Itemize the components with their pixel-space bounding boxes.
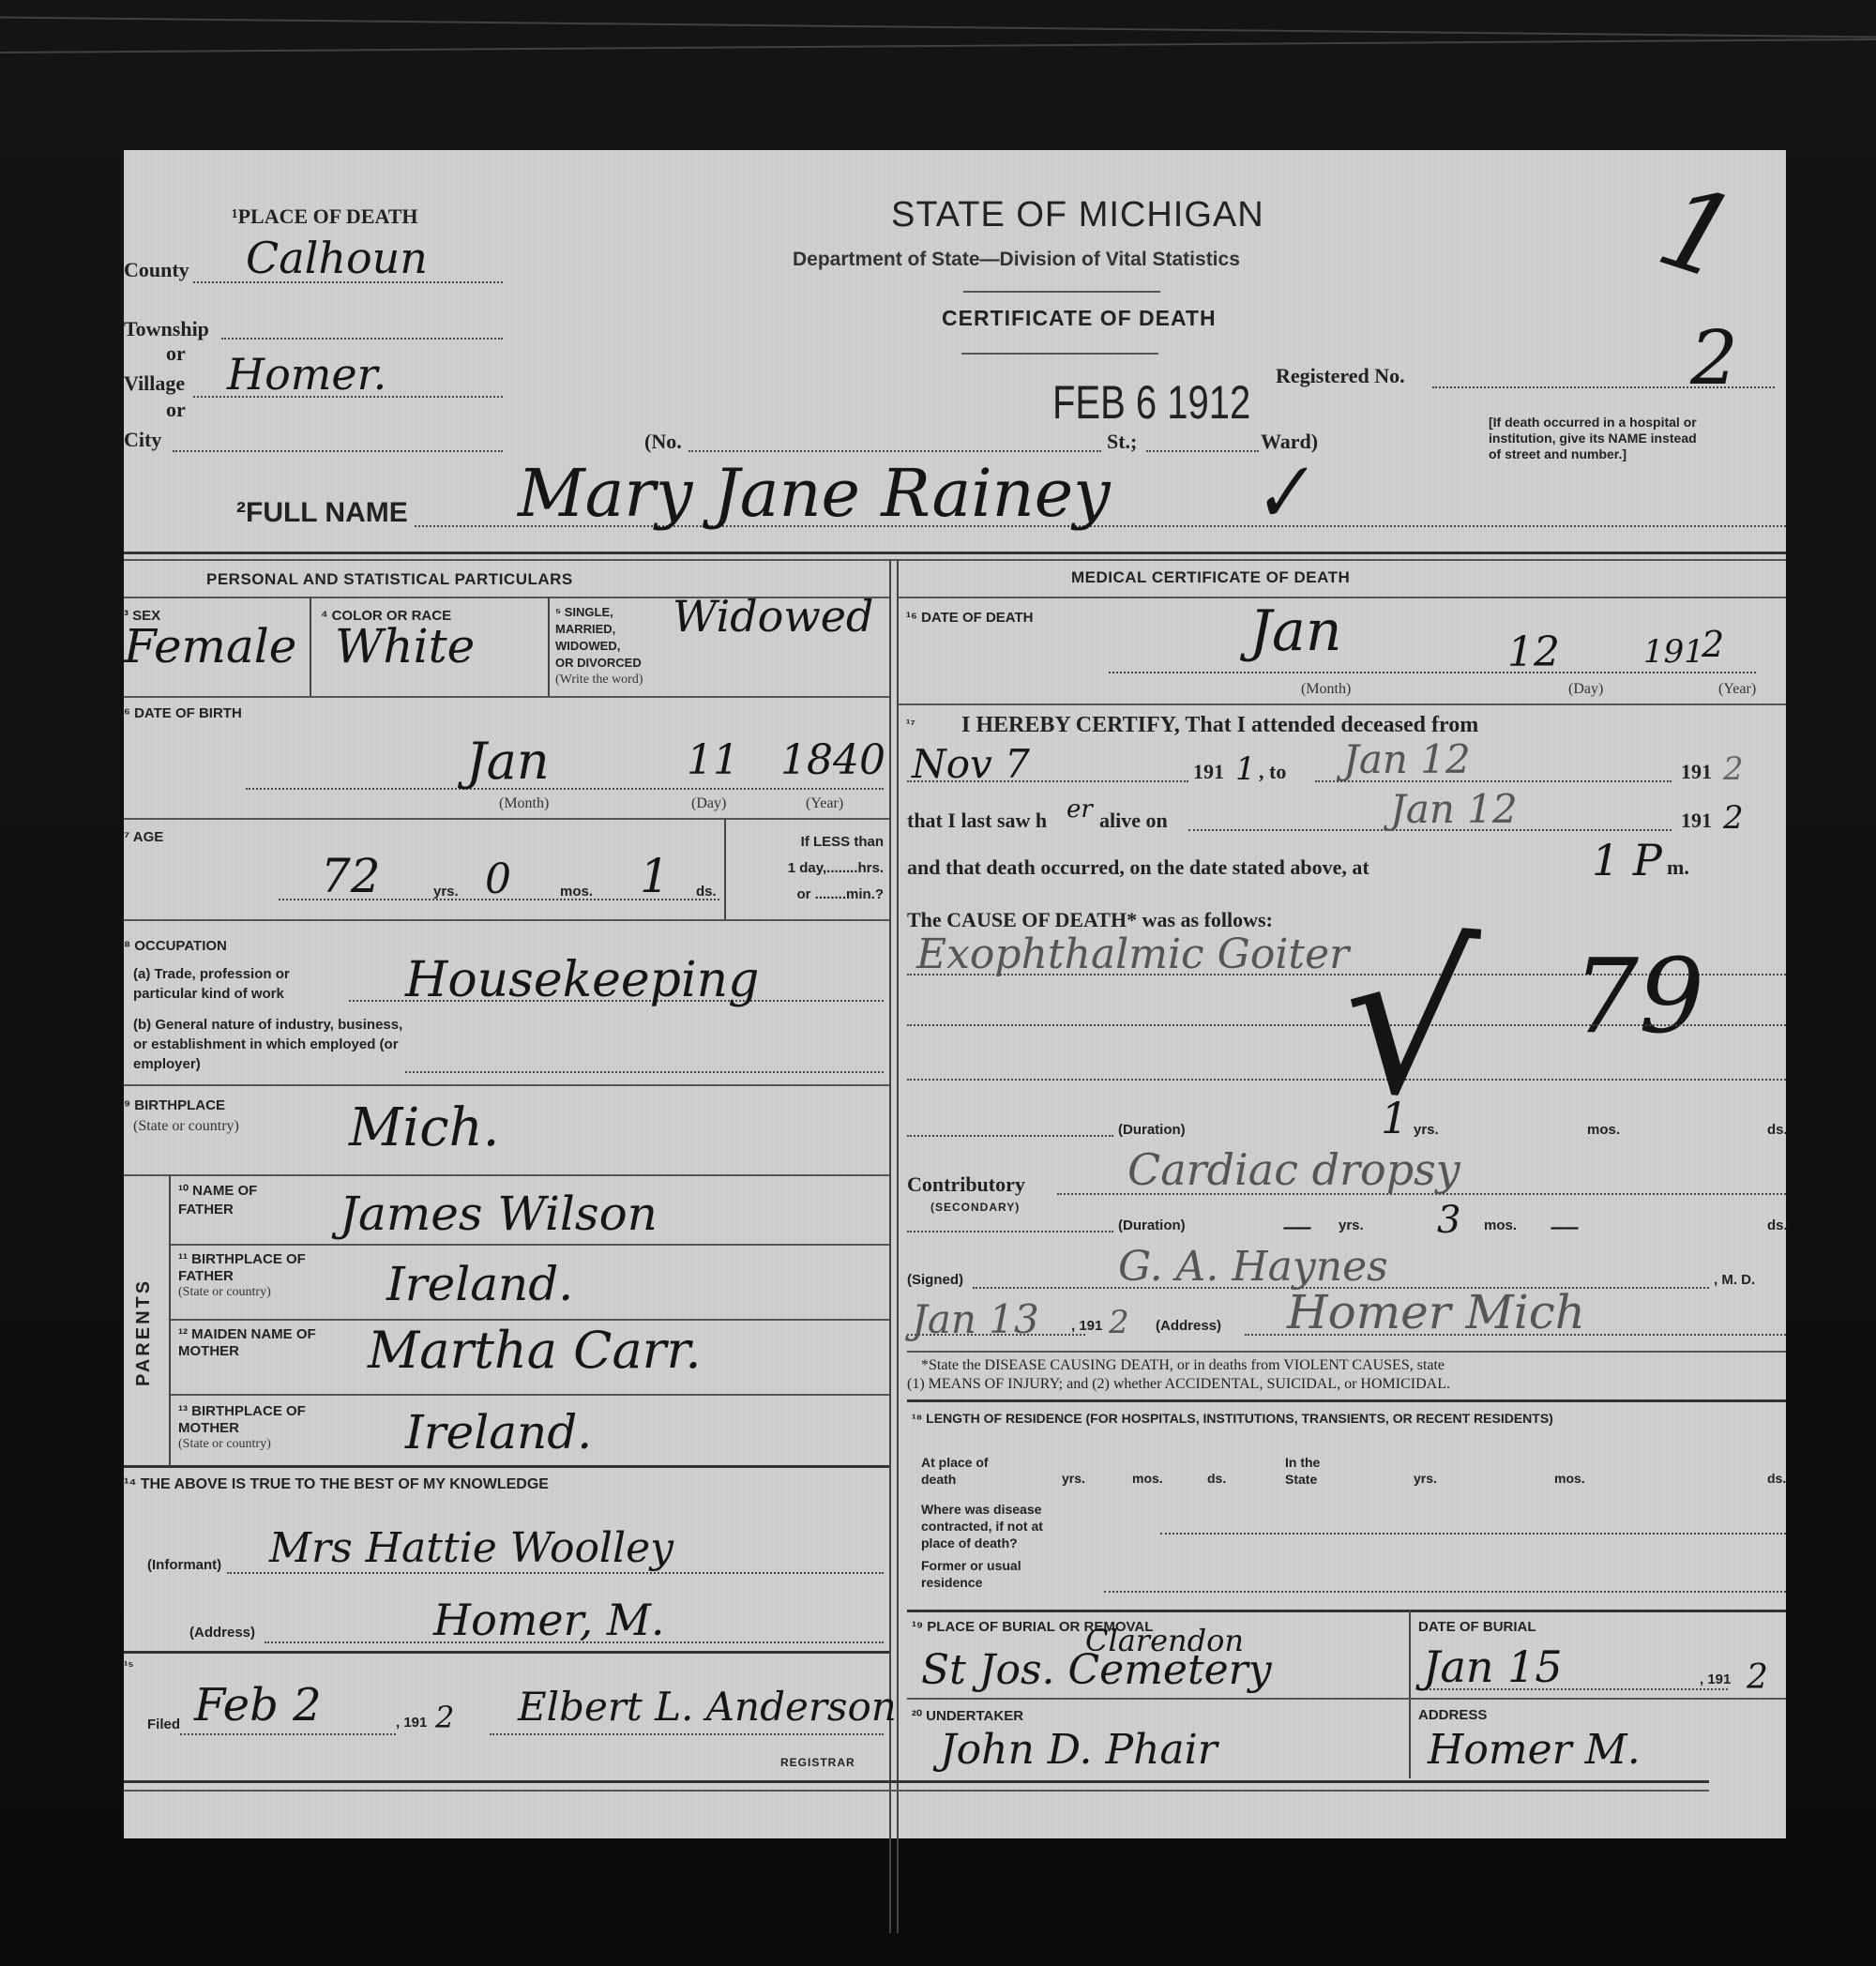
registrar-label: REGISTRAR — [780, 1756, 855, 1769]
contrib-duration-days: — — [1550, 1208, 1580, 1244]
ds-label: ds. — [1207, 1471, 1226, 1486]
medical-section-title: MEDICAL CERTIFICATE OF DEATH — [1071, 568, 1350, 587]
registered-no-value: 2 — [1690, 314, 1738, 401]
street-no-label: (No. — [644, 430, 682, 454]
check-mark-icon: ✓ — [1242, 446, 1319, 542]
row-rule — [907, 1610, 1786, 1612]
received-stamp: FEB 6 1912 — [1052, 375, 1250, 430]
year-prefix: 191 — [1193, 760, 1224, 784]
father-birthplace-sublabel: (State or country) — [178, 1285, 271, 1300]
where-contracted-label: Where was disease contracted, if not at … — [921, 1501, 1052, 1551]
row-rule — [907, 1698, 1786, 1700]
yrs-label: yrs. — [1062, 1471, 1085, 1486]
burial-place-value: St Jos. Cemetery — [921, 1646, 1272, 1694]
undertaker-label: ²⁰ UNDERTAKER — [912, 1707, 1023, 1724]
death-occurred-label: and that death occurred, on the date sta… — [907, 855, 1369, 880]
street-line — [688, 450, 1101, 452]
or-text: or — [166, 341, 186, 366]
age-months: 0 — [485, 855, 511, 903]
parents-label: PARENTS — [133, 1278, 155, 1386]
row-rule — [124, 696, 889, 698]
marital-line: WIDOWED, — [555, 638, 643, 655]
month-caption: (Month) — [499, 795, 549, 812]
day-caption: (Day) — [691, 795, 726, 812]
alive-on-label: alive on — [1099, 809, 1168, 833]
contributory-label: Contributory — [907, 1172, 1025, 1197]
row-rule — [171, 1244, 889, 1246]
birthplace-label: ⁹ BIRTHPLACE — [124, 1097, 225, 1113]
marital-line: ⁵ SINGLE, — [555, 604, 643, 621]
section-rule — [124, 552, 1786, 554]
registrar-signature: Elbert L. Anderson — [518, 1684, 897, 1730]
state-title: STATE OF MICHIGAN — [891, 195, 1264, 235]
in-state-label: In the State — [1285, 1454, 1351, 1488]
birthplace-sublabel: (State or country) — [133, 1118, 239, 1135]
former-residence-label: Former or usual residence — [921, 1557, 1052, 1591]
place-of-death-label: ¹PLACE OF DEATH — [232, 204, 418, 229]
row-rule — [124, 1174, 889, 1176]
marital-line: OR DIVORCED — [555, 655, 643, 672]
yrs-label: yrs. — [1339, 1217, 1364, 1233]
cell-divider — [310, 597, 311, 696]
marital-line: (Write the word) — [555, 672, 643, 688]
year-caption: (Year) — [1718, 681, 1756, 698]
physician-signature: G. A. Haynes — [1118, 1243, 1388, 1291]
year-prefix: , 191 — [1071, 1318, 1102, 1334]
row-rule — [124, 1651, 889, 1654]
undertaker-value: John D. Phair — [940, 1726, 1218, 1774]
death-time: 1 P — [1592, 835, 1662, 885]
mos-label: mos. — [560, 884, 593, 900]
dob-line — [246, 788, 884, 790]
filed-line — [180, 1733, 396, 1735]
occupation-a-label: (a) Trade, profession or particular kind… — [133, 964, 340, 1004]
occupation-a-value: Housekeeping — [405, 952, 759, 1008]
signed-label: (Signed) — [907, 1272, 963, 1288]
contributory-value: Cardiac dropsy — [1127, 1144, 1460, 1195]
marital-status-label: ⁵ SINGLE, MARRIED, WIDOWED, OR DIVORCED … — [555, 604, 643, 688]
burial-date-label: DATE OF BURIAL — [1418, 1619, 1536, 1635]
physician-address-value: Homer Mich — [1287, 1285, 1585, 1339]
row-rule — [124, 1084, 889, 1086]
full-name-value: Mary Jane Rainey — [518, 455, 1111, 532]
department-subtitle: Department of State—Division of Vital St… — [793, 249, 1240, 271]
row-rule — [899, 703, 1786, 705]
full-name-label: ²FULL NAME — [236, 497, 408, 529]
year-caption: (Year) — [806, 795, 843, 812]
village-label: Village — [124, 371, 185, 396]
month-caption: (Month) — [1301, 681, 1351, 698]
occupation-b-label: (b) General nature of industry, business… — [133, 1015, 405, 1074]
ward-line — [1146, 450, 1259, 452]
dod-year: 2 — [1702, 624, 1724, 665]
where-contracted-line — [1160, 1533, 1786, 1535]
filed-label: Filed — [147, 1716, 180, 1732]
mother-name-label: ¹² MAIDEN NAME OF MOTHER — [178, 1326, 319, 1360]
title-rule — [963, 291, 1160, 293]
certify-statement: I HEREBY CERTIFY, That I attended deceas… — [961, 713, 1478, 738]
dob-day: 11 — [687, 736, 739, 784]
m-label: m. — [1667, 855, 1689, 880]
age-years: 72 — [321, 849, 381, 903]
row-rule — [124, 818, 889, 820]
cause-of-death-label: The CAUSE OF DEATH* was as follows: — [907, 908, 1273, 932]
attended-from-year: 1 — [1235, 750, 1256, 788]
physician-address-label: (Address) — [1156, 1318, 1221, 1334]
date-of-death-label: ¹⁶ DATE OF DEATH — [906, 610, 1034, 626]
mos-label: mos. — [1484, 1217, 1517, 1233]
ds-label: ds. — [1767, 1471, 1786, 1486]
bottom-rule — [124, 1780, 1709, 1783]
row-rule — [124, 1465, 889, 1468]
secondary-label: (SECONDARY) — [930, 1201, 1020, 1214]
yrs-label: yrs. — [1414, 1471, 1437, 1486]
certificate-title: CERTIFICATE OF DEATH — [942, 306, 1217, 331]
color-value: White — [335, 619, 475, 673]
year-prefix: , 191 — [1700, 1671, 1731, 1687]
day-caption: (Day) — [1568, 681, 1603, 698]
contrib-duration-years: — — [1282, 1208, 1312, 1244]
top-tally-mark: 1 — [1643, 161, 1752, 308]
duration-line — [907, 1135, 1113, 1137]
row-rule — [907, 1399, 1786, 1402]
mos-label: mos. — [1132, 1471, 1163, 1486]
item-number: ¹⁷ — [906, 717, 915, 731]
attended-to-year: 2 — [1723, 750, 1744, 788]
date-of-birth-label: ⁶ DATE OF BIRTH — [124, 705, 242, 721]
informant-label: (Informant) — [147, 1557, 221, 1573]
informant-address-value: Homer, M. — [433, 1595, 665, 1645]
signed-date: Jan 13 — [912, 1296, 1039, 1342]
title-rule — [961, 353, 1158, 355]
township-label: Township — [124, 317, 209, 341]
duration-label: (Duration) — [1118, 1122, 1186, 1138]
informant-line — [227, 1572, 884, 1574]
father-name-value: James Wilson — [340, 1187, 658, 1241]
sex-value: Female — [124, 619, 296, 673]
former-residence-line — [1104, 1591, 1786, 1593]
last-saw-date: Jan 12 — [1390, 786, 1518, 832]
knowledge-statement: ¹⁴ THE ABOVE IS TRUE TO THE BEST OF MY K… — [124, 1476, 549, 1493]
large-check-mark-icon: √ — [1335, 896, 1483, 1144]
filed-date: Feb 2 — [194, 1679, 322, 1732]
to-label: , to — [1259, 760, 1286, 784]
age-label: ⁷ AGE — [124, 829, 163, 845]
st-label: St.; — [1107, 430, 1137, 454]
burial-year: 2 — [1747, 1658, 1768, 1697]
yrs-label: yrs. — [1414, 1122, 1439, 1138]
dod-day: 12 — [1507, 628, 1560, 676]
note-line: 1 day,........hrs. — [734, 855, 884, 882]
residence-label: ¹⁸ LENGTH OF RESIDENCE (FOR HOSPITALS, I… — [912, 1409, 1775, 1428]
footnote-line-2: (1) MEANS OF INJURY; and (2) whether ACC… — [907, 1375, 1450, 1394]
item-number: ¹⁵ — [124, 1658, 133, 1672]
informant-value: Mrs Hattie Woolley — [269, 1524, 673, 1572]
mother-birthplace-sublabel: (State or country) — [178, 1437, 271, 1452]
occupation-label: ⁸ OCCUPATION — [124, 938, 227, 954]
cell-divider — [724, 818, 726, 919]
duration-label: (Duration) — [1118, 1217, 1186, 1233]
city-label: City — [124, 428, 161, 452]
attended-from: Nov 7 — [912, 741, 1030, 787]
mother-birthplace-value: Ireland. — [405, 1405, 592, 1459]
occupation-b-line — [405, 1071, 884, 1073]
dod-year-prefix: 191 — [1643, 633, 1704, 671]
mos-label: mos. — [1554, 1471, 1585, 1486]
last-saw-year: 2 — [1723, 799, 1744, 837]
father-birthplace-label: ¹¹ BIRTHPLACE OF FATHER — [178, 1251, 319, 1285]
row-rule — [899, 597, 1786, 598]
md-label: , M. D. — [1714, 1272, 1755, 1288]
yrs-label: yrs. — [433, 884, 459, 900]
township-line — [221, 338, 503, 340]
city-line — [173, 450, 503, 452]
cause-of-death-value: Exophthalmic Goiter — [916, 930, 1349, 978]
or-text: or — [166, 398, 186, 422]
column-divider — [897, 559, 899, 1933]
note-line: or ........min.? — [734, 882, 884, 908]
section-rule — [124, 559, 1786, 561]
undertaker-address-label: ADDRESS — [1418, 1707, 1487, 1723]
row-rule — [907, 1351, 1786, 1353]
row-rule — [171, 1394, 889, 1396]
duration-years: 1 — [1381, 1093, 1408, 1143]
dob-month: Jan — [466, 732, 550, 791]
dob-year: 1840 — [780, 736, 885, 784]
dod-month: Jan — [1249, 598, 1341, 664]
cell-divider — [548, 597, 550, 696]
note-line: If LESS than — [734, 829, 884, 855]
footnote-line-1: *State the DISEASE CAUSING DEATH, or in … — [921, 1356, 1445, 1375]
cell-divider — [1409, 1610, 1411, 1778]
undertaker-address-value: Homer M. — [1428, 1726, 1641, 1774]
mos-label: mos. — [1587, 1122, 1620, 1138]
registrar-line — [490, 1733, 884, 1735]
registered-no-label: Registered No. — [1276, 364, 1405, 388]
ds-label: ds. — [696, 884, 717, 900]
ds-label: ds. — [1767, 1122, 1788, 1138]
marital-status-value: Widowed — [673, 591, 873, 642]
father-birthplace-value: Ireland. — [386, 1257, 573, 1311]
filed-year-suffix: 2 — [435, 1700, 454, 1735]
bottom-rule — [124, 1790, 1709, 1792]
death-certificate: ¹PLACE OF DEATH County Calhoun Township … — [124, 150, 1786, 1838]
last-saw-label: that I last saw h — [907, 809, 1047, 833]
duration-line — [907, 1231, 1113, 1233]
birthplace-value: Mich. — [349, 1097, 499, 1158]
cause-code-mark: 79 — [1573, 936, 1704, 1056]
village-value: Homer. — [227, 349, 386, 400]
personal-section-title: PERSONAL AND STATISTICAL PARTICULARS — [206, 570, 573, 589]
contrib-duration-months: 3 — [1437, 1199, 1460, 1242]
county-value: Calhoun — [246, 233, 428, 283]
mother-birthplace-label: ¹³ BIRTHPLACE OF MOTHER — [178, 1403, 319, 1437]
signed-year: 2 — [1109, 1304, 1129, 1341]
marital-line: MARRIED, — [555, 621, 643, 638]
filed-year-prefix: , 191 — [396, 1715, 427, 1731]
hospital-note: [If death occurred in a hospital or inst… — [1489, 415, 1709, 462]
father-name-label: ¹⁰ NAME OF FATHER — [178, 1182, 310, 1219]
last-saw-pronoun: er — [1067, 795, 1093, 824]
at-place-label: At place of death — [921, 1454, 1006, 1488]
attended-to: Jan 12 — [1343, 736, 1471, 782]
year-prefix: 191 — [1681, 809, 1712, 833]
burial-date-value: Jan 15 — [1423, 1641, 1563, 1692]
year-prefix: 191 — [1681, 760, 1712, 784]
county-label: County — [124, 258, 189, 282]
row-rule — [124, 919, 889, 921]
informant-address-label: (Address) — [189, 1625, 255, 1641]
age-days: 1 — [640, 849, 670, 903]
mother-name-value: Martha Carr. — [368, 1321, 702, 1380]
dod-line — [1109, 672, 1756, 673]
less-than-day-note: If LESS than 1 day,........hrs. or .....… — [734, 829, 884, 908]
ds-label: ds. — [1767, 1217, 1788, 1233]
